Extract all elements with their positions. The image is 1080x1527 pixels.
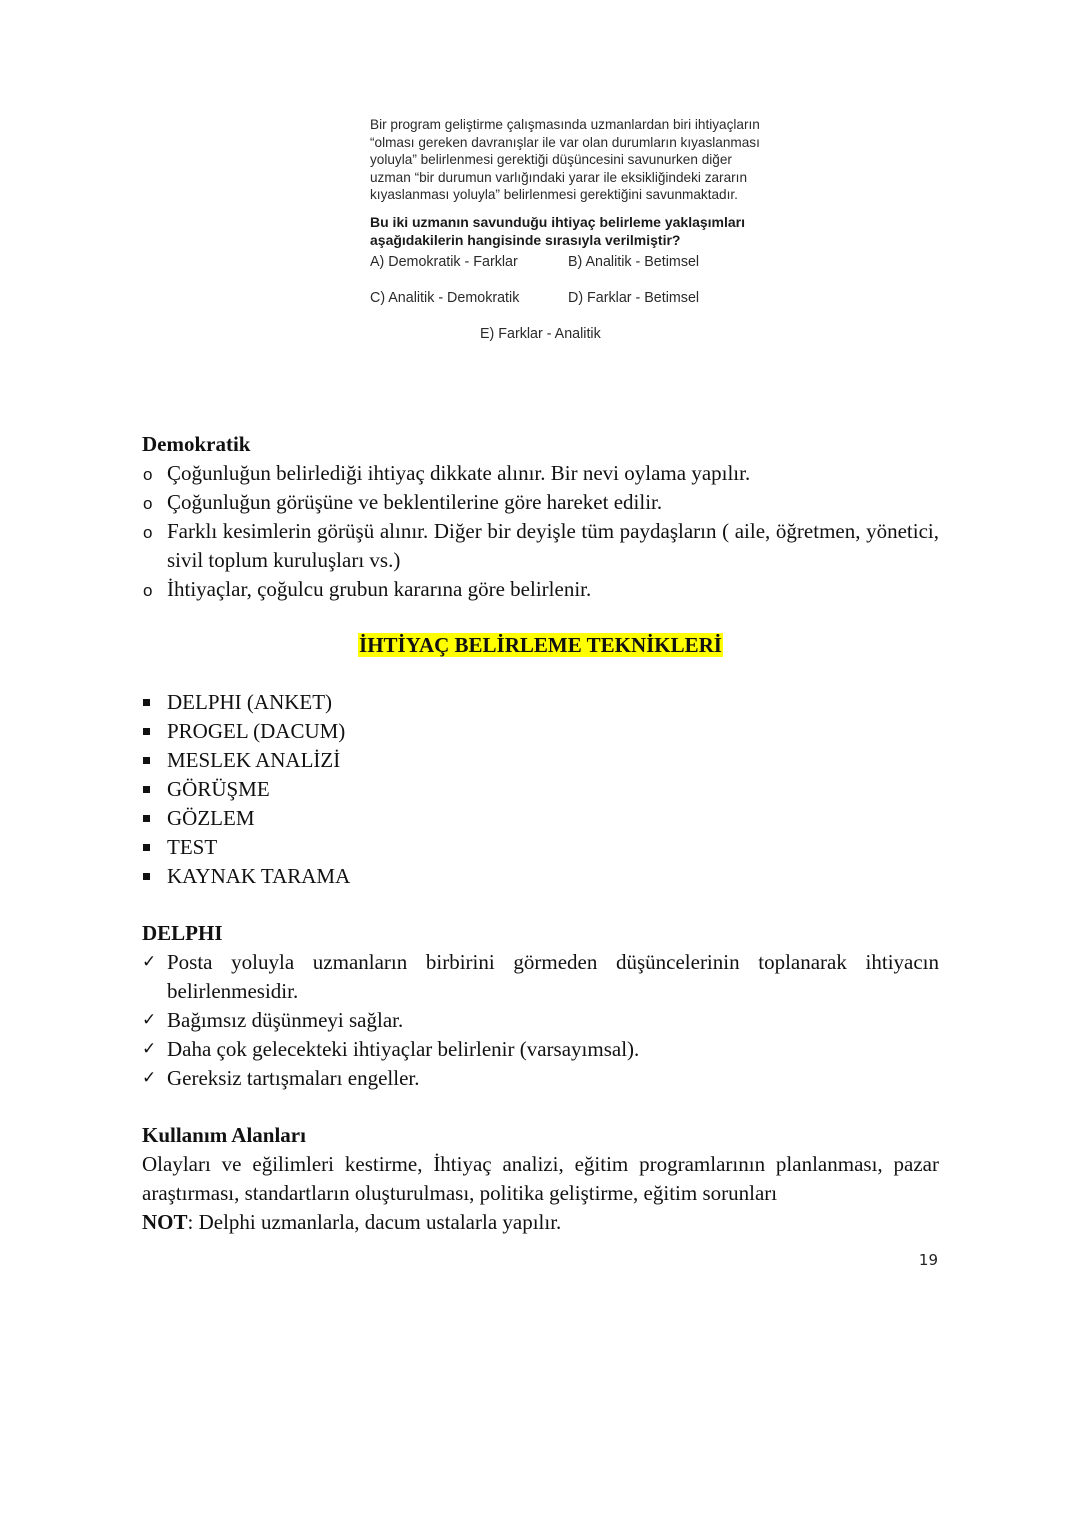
usage-text: Olayları ve eğilimleri kestirme, İhtiyaç… <box>142 1150 939 1208</box>
square-bullet-icon <box>143 873 150 880</box>
page-number: 19 <box>919 1251 938 1269</box>
list-item: MESLEK ANALİZİ <box>142 746 939 775</box>
square-bullet-icon <box>143 815 150 822</box>
list-item: KAYNAK TARAMA <box>142 862 939 891</box>
circle-bullet-icon: o <box>143 489 152 518</box>
list-item: o İhtiyaçlar, çoğulcu grubun kararına gö… <box>142 575 939 604</box>
checkmark-icon: ✓ <box>142 1035 156 1064</box>
note-text: : Delphi uzmanlarla, dacum ustalarla yap… <box>188 1210 562 1234</box>
note: NOT: Delphi uzmanlarla, dacum ustalarla … <box>142 1208 939 1237</box>
square-bullet-icon <box>143 786 150 793</box>
techniques-heading: İHTİYAÇ BELİRLEME TEKNİKLERİ <box>142 632 939 658</box>
highlighted-heading-text: İHTİYAÇ BELİRLEME TEKNİKLERİ <box>358 633 723 657</box>
question-stem: Bir program geliştirme çalışmasında uzma… <box>370 116 760 204</box>
circle-bullet-icon: o <box>143 460 152 489</box>
option-c: C) Analitik - Demokratik <box>370 290 519 308</box>
square-bullet-icon <box>143 757 150 764</box>
list-item: o Çoğunluğun görüşüne ve beklentilerine … <box>142 488 939 517</box>
square-bullet-icon <box>143 699 150 706</box>
circle-bullet-icon: o <box>143 576 152 605</box>
option-a: A) Demokratik - Farklar <box>370 254 518 272</box>
usage-title: Kullanım Alanları <box>142 1121 939 1150</box>
list-item: ✓ Daha çok gelecekteki ihtiyaçlar belirl… <box>142 1035 939 1064</box>
list-item: PROGEL (DACUM) <box>142 717 939 746</box>
list-item: DELPHI (ANKET) <box>142 688 939 717</box>
list-item: GÖRÜŞME <box>142 775 939 804</box>
option-e: E) Farklar - Analitik <box>480 326 601 344</box>
embedded-question: Bir program geliştirme çalışmasında uzma… <box>370 116 760 354</box>
question-prompt: Bu iki uzmanın savunduğu ihtiyaç belirle… <box>370 213 760 249</box>
option-b: B) Analitik - Betimsel <box>568 254 699 272</box>
checkmark-icon: ✓ <box>142 948 156 977</box>
delphi-title: DELPHI <box>142 919 939 948</box>
list-item: ✓ Gereksiz tartışmaları engeller. <box>142 1064 939 1093</box>
checkmark-icon: ✓ <box>142 1064 156 1093</box>
list-item: TEST <box>142 833 939 862</box>
option-d: D) Farklar - Betimsel <box>568 290 699 308</box>
list-item: ✓ Bağımsız düşünmeyi sağlar. <box>142 1006 939 1035</box>
list-item: GÖZLEM <box>142 804 939 833</box>
square-bullet-icon <box>143 728 150 735</box>
square-bullet-icon <box>143 844 150 851</box>
techniques-list: DELPHI (ANKET) PROGEL (DACUM) MESLEK ANA… <box>142 688 939 891</box>
demokratik-list: o Çoğunluğun belirlediği ihtiyaç dikkate… <box>142 459 939 604</box>
usage-section: Kullanım Alanları Olayları ve eğilimleri… <box>142 1121 939 1237</box>
delphi-section: DELPHI ✓ Posta yoluyla uzmanların birbir… <box>142 919 939 1093</box>
list-item: o Çoğunluğun belirlediği ihtiyaç dikkate… <box>142 459 939 488</box>
checkmark-icon: ✓ <box>142 1006 156 1035</box>
circle-bullet-icon: o <box>143 518 152 547</box>
demokratik-section: Demokratik o Çoğunluğun belirlediği ihti… <box>142 430 939 604</box>
note-label: NOT <box>142 1210 188 1234</box>
answer-options: A) Demokratik - Farklar B) Analitik - Be… <box>370 254 760 354</box>
list-item: o Farklı kesimlerin görüşü alınır. Diğer… <box>142 517 939 575</box>
demokratik-title: Demokratik <box>142 430 939 459</box>
delphi-list: ✓ Posta yoluyla uzmanların birbirini gör… <box>142 948 939 1093</box>
techniques-section: DELPHI (ANKET) PROGEL (DACUM) MESLEK ANA… <box>142 688 939 891</box>
list-item: ✓ Posta yoluyla uzmanların birbirini gör… <box>142 948 939 1006</box>
